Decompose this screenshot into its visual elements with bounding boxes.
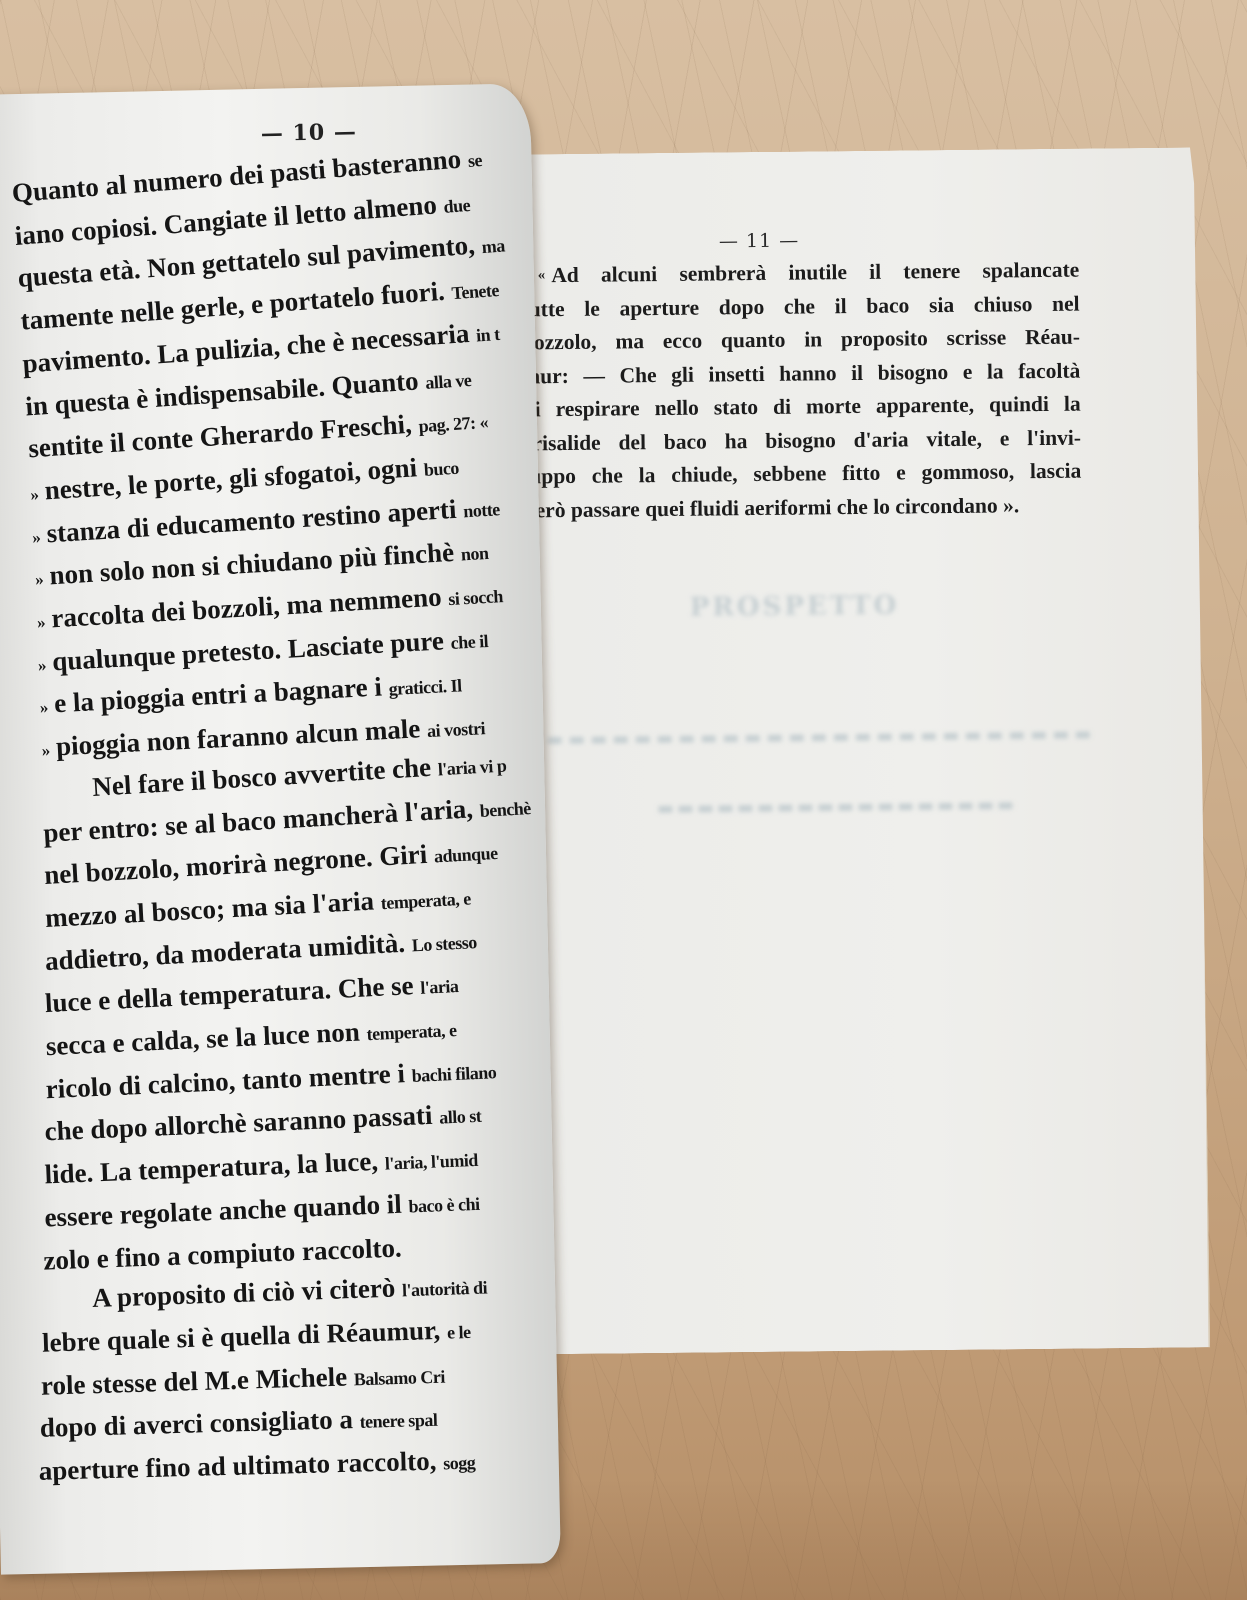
quote-text: però passare quei fluidi aeriformi che l… (524, 488, 1082, 527)
show-through-line: ▬▬▬▬▬▬▬▬▬▬▬▬▬▬▬▬▬▬ (657, 794, 1017, 819)
line-tail-compressed: ai vostri (427, 718, 486, 741)
line-text: lide. La temperatura, la luce, (44, 1146, 385, 1190)
left-page: — 10 — Quanto al numero dei pasti baster… (0, 83, 561, 1574)
left-page-content: — 10 — Quanto al numero dei pasti baster… (10, 83, 561, 1574)
line-tail-compressed: non (460, 543, 489, 565)
line-tail-compressed: temperata, e (380, 888, 471, 913)
right-page: — 11 — « Ad alcuni sembrerà inutile il t… (470, 147, 1233, 1355)
line-tail-compressed: Balsamo Cri (354, 1366, 446, 1389)
line-tail-compressed: l'aria (420, 976, 459, 998)
line-tail-compressed: l'autorità di (402, 1278, 488, 1301)
line-text: lebre quale si è quella di Réaumur, (42, 1315, 448, 1358)
quote-mark: » (37, 613, 47, 632)
show-through-line: ▬▬▬▬▬▬▬▬▬▬▬▬▬▬▬▬▬▬▬▬▬▬▬▬▬ (546, 723, 1096, 750)
line-tail-compressed: temperata, e (366, 1020, 457, 1044)
line-tail-compressed: tenere spal (359, 1410, 437, 1432)
line-text: aperture fino ad ultimato raccolto, (38, 1446, 443, 1486)
line-tail-compressed: due (443, 195, 471, 217)
left-page-body-text: Quanto al numero dei pasti basteranno se… (12, 163, 560, 1494)
line-tail-compressed: buco (423, 458, 459, 480)
line-tail-compressed: graticci. Il (388, 676, 462, 700)
line-tail-compressed: pag. 27: « (418, 412, 489, 436)
line-tail-compressed: si socch (448, 586, 504, 609)
quote-mark: » (35, 570, 45, 589)
line-tail-compressed: sogg (443, 1453, 476, 1474)
line-text: role stesse del M.e Michele (41, 1361, 355, 1400)
page-number-10: — 10 — (261, 119, 357, 147)
line-tail-compressed: alla ve (425, 369, 472, 392)
line-tail-compressed: baco è chi (408, 1194, 480, 1217)
line-tail-compressed: e le (447, 1322, 471, 1343)
line-tail-compressed: in t (475, 324, 500, 346)
line-text: A proposito di ciò vi citerò (92, 1273, 403, 1314)
page-number-11: — 11 — (719, 230, 799, 253)
quote-line: » però passare quei fluidi aeriformi che… (502, 488, 1082, 528)
quote-mark: » (37, 655, 47, 674)
reaumur-quotation: « Ad alcuni sembrerà inutile il tenere s… (499, 254, 1082, 528)
line-tail-compressed: allo st (439, 1106, 482, 1128)
line-tail-compressed: l'aria, l'umid (384, 1150, 478, 1174)
show-through-heading: PROSPETTO (690, 591, 900, 623)
quote-mark: » (30, 485, 40, 504)
line-tail-compressed: l'aria vi p (437, 755, 507, 779)
line-tail-compressed: notte (463, 499, 501, 521)
line-tail-compressed: adunque (433, 843, 498, 866)
line-tail-compressed: Lo stesso (411, 932, 477, 955)
quote-text: Ad alcuni sembrerà inutile il tenere spa… (551, 254, 1079, 293)
line-text: dopo di averci consigliato a (40, 1404, 360, 1443)
quote-mark: » (32, 527, 42, 546)
line-tail-compressed: benchè (479, 798, 531, 821)
line-tail-compressed: che il (450, 631, 489, 653)
quote-mark: » (41, 741, 50, 760)
line-tail-compressed: se (467, 150, 482, 171)
line-tail-compressed: Tenete (451, 280, 500, 303)
line-tail-compressed: ma (481, 236, 505, 258)
line-tail-compressed: bachi filano (411, 1062, 496, 1086)
quote-mark: » (39, 698, 48, 717)
